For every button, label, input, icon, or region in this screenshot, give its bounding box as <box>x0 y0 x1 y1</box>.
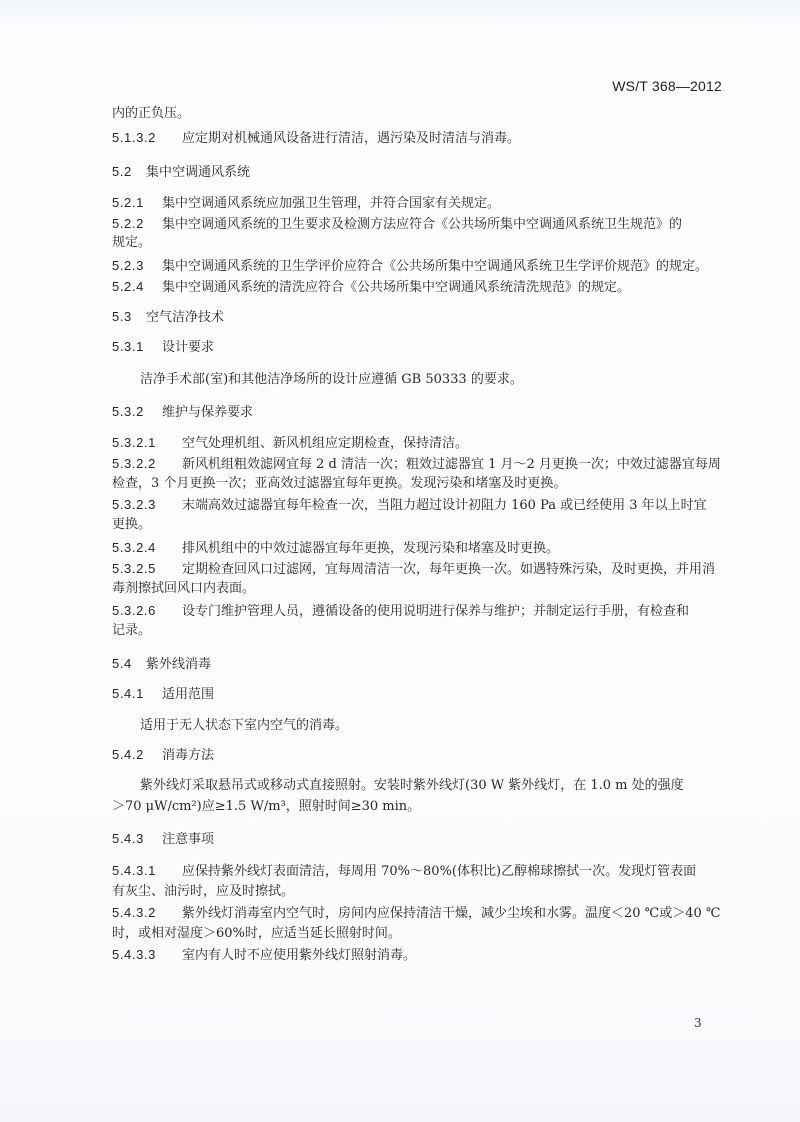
clause-5-3-2-4: 5.3.2.4排风机组中的中效过滤器宜每年更换，发现污染和堵塞及时更换。 <box>112 538 732 558</box>
section-heading-5-3: 5.3空气洁净技术 <box>112 307 732 327</box>
section-number: 5.3 <box>112 307 146 326</box>
section-number: 5.3.2 <box>112 402 162 421</box>
clause-5-2-2: 5.2.2集中空调通风系统的卫生要求及检测方法应符合《公共场所集中空调通风系统卫… <box>112 214 732 234</box>
section-title: 适用范围 <box>162 687 214 702</box>
clause-5-4-3-2: 5.4.3.2紫外线灯消毒室内空气时，房间内应保持清洁干燥，减少尘埃和水雾。温度… <box>112 903 732 923</box>
clause-text: 排风机组中的中效过滤器宜每年更换，发现污染和堵塞及时更换。 <box>182 541 559 556</box>
section-title: 消毒方法 <box>162 748 214 763</box>
page-number: 3 <box>694 1016 702 1030</box>
section-title: 维护与保养要求 <box>162 405 253 420</box>
clause-5-2-4: 5.2.4集中空调通风系统的清洗应符合《公共场所集中空调通风系统清洗规范》的规定… <box>112 277 732 297</box>
document-code: WS/T 368—2012 <box>612 78 722 94</box>
clause-text: 应保持紫外线灯表面清洁，每周用 70%～80%(体积比)乙醇棉球擦拭一次。发现灯… <box>182 864 696 879</box>
clause-5-3-2-2-cont: 检查，3 个月更换一次；亚高效过滤器宜每年更换。发现污染和堵塞及时更换。 <box>112 474 732 493</box>
clause-number: 5.2.4 <box>112 277 162 296</box>
section-title: 设计要求 <box>162 340 214 355</box>
clause-text: 末端高效过滤器宜每年检查一次，当阻力超过设计初阻力 160 Pa 或已经使用 3… <box>182 498 707 513</box>
clause-5-4-3-1: 5.4.3.1应保持紫外线灯表面清洁，每周用 70%～80%(体积比)乙醇棉球擦… <box>112 861 732 881</box>
clause-5-3-2-2: 5.3.2.2新风机组粗效滤网宜每 2 d 清洁一次；粗效过滤器宜 1 月～2 … <box>112 454 732 474</box>
clause-5-4-3-1-cont: 有灰尘、油污时，应及时擦拭。 <box>112 882 732 901</box>
paragraph-5-3-1: 洁净手术部(室)和其他洁净场所的设计应遵循 GB 50333 的要求。 <box>140 370 760 389</box>
paragraph-5-4-1: 适用于无人状态下室内空气的消毒。 <box>140 716 760 735</box>
section-title: 注意事项 <box>162 832 214 847</box>
clause-number: 5.4.3.3 <box>112 945 182 964</box>
clause-5-3-2-5-cont: 毒剂擦拭回风口内表面。 <box>112 579 732 598</box>
clause-5-3-2-3-cont: 更换。 <box>112 515 732 534</box>
clause-number: 5.3.2.4 <box>112 538 182 557</box>
clause-number: 5.4.3.1 <box>112 861 182 880</box>
clause-5-1-3-2: 5.1.3.2应定期对机械通风设备进行清洁，遇污染及时清洁与消毒。 <box>112 128 732 148</box>
section-title: 紫外线消毒 <box>146 657 211 672</box>
clause-text: 空气处理机组、新风机组应定期检查，保持清洁。 <box>182 436 468 451</box>
subsection-heading-5-4-1: 5.4.1适用范围 <box>112 684 732 704</box>
section-title: 空气洁净技术 <box>146 310 224 325</box>
clause-text: 紫外线灯消毒室内空气时，房间内应保持清洁干燥，减少尘埃和水雾。温度＜20 ℃或＞… <box>182 906 720 921</box>
paragraph-5-4-2: 紫外线灯采取悬吊式或移动式直接照射。安装时紫外线灯(30 W 紫外线灯，在 1.… <box>140 776 760 795</box>
clause-number: 5.3.2.5 <box>112 559 182 578</box>
clause-5-2-1: 5.2.1集中空调通风系统应加强卫生管理，并符合国家有关规定。 <box>112 193 732 213</box>
clause-number: 5.2.2 <box>112 214 162 233</box>
section-number: 5.4.2 <box>112 745 162 764</box>
section-number: 5.4 <box>112 654 146 673</box>
paragraph-5-4-2-cont: ＞70 μW/cm²)应≥1.5 W/m³，照射时间≥30 min。 <box>112 797 732 816</box>
clause-number: 5.2.1 <box>112 193 162 212</box>
line-text: 洁净手术部(室)和其他洁净场所的设计应遵循 GB 50333 的要求。 <box>140 372 523 387</box>
line-text: 检查，3 个月更换一次；亚高效过滤器宜每年更换。发现污染和堵塞及时更换。 <box>112 476 566 491</box>
clause-5-4-3-2-cont: 时，或相对湿度＞60%时，应适当延长照射时间。 <box>112 924 732 943</box>
clause-5-3-2-6: 5.3.2.6设专门维护管理人员，遵循设备的使用说明进行保养与维护；并制定运行手… <box>112 601 732 621</box>
clause-text: 集中空调通风系统的卫生要求及检测方法应符合《公共场所集中空调通风系统卫生规范》的 <box>162 217 682 232</box>
clause-number: 5.4.3.2 <box>112 903 182 922</box>
subsection-heading-5-3-2: 5.3.2维护与保养要求 <box>112 402 732 422</box>
clause-text: 集中空调通风系统应加强卫生管理，并符合国家有关规定。 <box>162 196 500 211</box>
subsection-heading-5-4-2: 5.4.2消毒方法 <box>112 745 732 765</box>
clause-5-4-3-3: 5.4.3.3室内有人时不应使用紫外线灯照射消毒。 <box>112 945 732 965</box>
clause-5-3-2-5: 5.3.2.5定期检查回风口过滤网，宜每周清洁一次，每年更换一次。如遇特殊污染，… <box>112 559 732 579</box>
line-text: 内的正负压。 <box>112 106 190 121</box>
clause-number: 5.2.3 <box>112 256 162 275</box>
line-text: ＞70 μW/cm²)应≥1.5 W/m³，照射时间≥30 min。 <box>112 799 420 814</box>
line-text: 毒剂擦拭回风口内表面。 <box>112 581 255 596</box>
clause-number: 5.3.2.2 <box>112 454 182 473</box>
section-number: 5.4.1 <box>112 684 162 703</box>
section-title: 集中空调通风系统 <box>146 165 250 180</box>
section-number: 5.4.3 <box>112 829 162 848</box>
clause-5-3-2-6-cont: 记录。 <box>112 621 732 640</box>
line-text: 更换。 <box>112 517 151 532</box>
section-heading-5-4: 5.4紫外线消毒 <box>112 654 732 674</box>
clause-number: 5.3.2.6 <box>112 601 182 620</box>
section-heading-5-2: 5.2集中空调通风系统 <box>112 162 732 182</box>
line-text: 适用于无人状态下室内空气的消毒。 <box>140 718 348 733</box>
section-number: 5.2 <box>112 162 146 181</box>
paragraph-continuation: 内的正负压。 <box>112 104 732 123</box>
clause-5-2-3: 5.2.3集中空调通风系统的卫生学评价应符合《公共场所集中空调通风系统卫生学评价… <box>112 256 732 276</box>
clause-5-3-2-1: 5.3.2.1空气处理机组、新风机组应定期检查，保持清洁。 <box>112 433 732 453</box>
clause-number: 5.1.3.2 <box>112 128 182 147</box>
clause-text: 集中空调通风系统的卫生学评价应符合《公共场所集中空调通风系统卫生学评价规范》的规… <box>162 259 708 274</box>
line-text: 有灰尘、油污时，应及时擦拭。 <box>112 884 294 899</box>
line-text: 记录。 <box>112 623 151 638</box>
line-text: 紫外线灯采取悬吊式或移动式直接照射。安装时紫外线灯(30 W 紫外线灯，在 1.… <box>140 778 684 793</box>
clause-5-3-2-3: 5.3.2.3末端高效过滤器宜每年检查一次，当阻力超过设计初阻力 160 Pa … <box>112 495 732 515</box>
clause-number: 5.3.2.3 <box>112 495 182 514</box>
clause-text: 定期检查回风口过滤网，宜每周清洁一次，每年更换一次。如遇特殊污染，及时更换，并用… <box>182 562 715 577</box>
clause-text: 室内有人时不应使用紫外线灯照射消毒。 <box>182 948 416 963</box>
clause-text: 新风机组粗效滤网宜每 2 d 清洁一次；粗效过滤器宜 1 月～2 月更换一次；中… <box>182 457 721 472</box>
subsection-heading-5-3-1: 5.3.1设计要求 <box>112 337 732 357</box>
document-page: WS/T 368—2012 内的正负压。 5.1.3.2应定期对机械通风设备进行… <box>0 0 800 1122</box>
clause-number: 5.3.2.1 <box>112 433 182 452</box>
subsection-heading-5-4-3: 5.4.3注意事项 <box>112 829 732 849</box>
line-text: 规定。 <box>112 235 151 250</box>
clause-text: 设专门维护管理人员，遵循设备的使用说明进行保养与维护；并制定运行手册，有检查和 <box>182 604 689 619</box>
clause-5-2-2-cont: 规定。 <box>112 233 732 252</box>
clause-text: 应定期对机械通风设备进行清洁，遇污染及时清洁与消毒。 <box>182 131 520 146</box>
clause-text: 集中空调通风系统的清洗应符合《公共场所集中空调通风系统清洗规范》的规定。 <box>162 280 630 295</box>
section-number: 5.3.1 <box>112 337 162 356</box>
line-text: 时，或相对湿度＞60%时，应适当延长照射时间。 <box>112 926 401 941</box>
